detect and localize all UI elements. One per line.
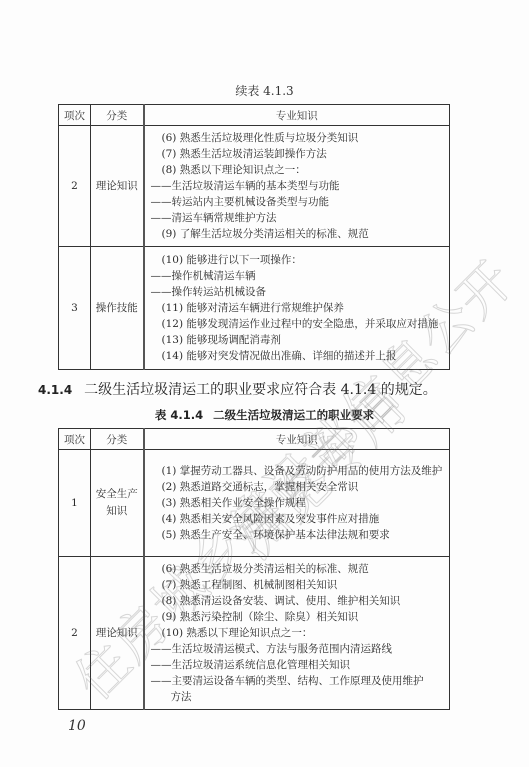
knowledge-line: (8) 熟悉以下理论知识点之一： [145,162,444,178]
table-caption: 表 4.1.4二级生活垃圾清运工的职业要求 [0,407,529,423]
knowledge-sub-line: ——转运站内主要机械设备类型与功能 [145,194,444,210]
knowledge-line: (2) 熟悉道路交通标志，掌握相关安全常识 [145,479,444,495]
table-caption-continued: 续表 4.1.3 [0,82,529,99]
row-index: 2 [59,557,91,710]
knowledge-sub-line: ——清运车辆常规维护方法 [145,210,444,226]
table-caption-title: 二级生活垃圾清运工的职业要求 [213,408,374,422]
row-knowledge: (6) 熟悉生活垃圾分类清运相关的标准、规范 (7) 熟悉工程制图、机械制图相关… [144,557,450,710]
knowledge-line: (7) 熟悉工程制图、机械制图相关知识 [145,577,444,593]
clause-4-1-4: 4.1.4二级生活垃圾清运工的职业要求应符合表 4.1.4 的规定。 [38,379,437,399]
row-index: 1 [59,450,91,557]
knowledge-line: (1) 掌握劳动工器具、设备及劳动防护用品的使用方法及维护 [145,463,444,479]
knowledge-sub-line-continued: 方法 [145,689,444,705]
knowledge-line: (10) 能够进行以下一项操作： [145,252,444,268]
page-number: 10 [68,718,86,734]
knowledge-line: (4) 熟悉相关安全风险因素及突发事件应对措施 [145,511,444,527]
knowledge-sub-line: ——操作转运站机械设备 [145,284,444,300]
row-knowledge: (6) 熟悉生活垃圾理化性质与垃圾分类知识 (7) 熟悉生活垃圾清运装卸操作方法… [144,126,450,247]
row-category-line: 知识 [91,503,143,520]
knowledge-sub-line: ——生活垃圾清运车辆的基本类型与功能 [145,178,444,194]
table-4-1-4: 项次 分类 专业知识 1 安全生产 知识 (1) 掌握劳动工器具、设备及劳动防护… [58,428,450,710]
knowledge-line: (3) 熟悉相关作业安全操作规程 [145,495,444,511]
row-category: 安全生产 知识 [91,450,144,557]
row-index: 3 [59,247,91,370]
header-index: 项次 [59,105,91,126]
knowledge-line: (9) 熟悉污染控制（除尘、除臭）相关知识 [145,609,444,625]
table-row: 1 安全生产 知识 (1) 掌握劳动工器具、设备及劳动防护用品的使用方法及维护 … [59,450,450,557]
knowledge-line: (6) 熟悉生活垃圾理化性质与垃圾分类知识 [145,130,444,146]
table-header-row: 项次 分类 专业知识 [59,105,450,126]
clause-text: 二级生活垃圾清运工的职业要求应符合表 4.1.4 的规定。 [84,382,437,398]
knowledge-line: (12) 能够发现清运作业过程中的安全隐患，并采取应对措施 [145,316,444,332]
table-row: 2 理论知识 (6) 熟悉生活垃圾分类清运相关的标准、规范 (7) 熟悉工程制图… [59,557,450,710]
knowledge-line: (6) 熟悉生活垃圾分类清运相关的标准、规范 [145,561,444,577]
knowledge-line: (8) 熟悉清运设备安装、调试、使用、维护相关知识 [145,593,444,609]
row-category: 理论知识 [91,557,144,710]
knowledge-line: (14) 能够对突发情况做出准确、详细的描述并上报 [145,348,444,364]
header-knowledge: 专业知识 [144,429,450,450]
row-knowledge: (1) 掌握劳动工器具、设备及劳动防护用品的使用方法及维护 (2) 熟悉道路交通… [144,450,450,557]
knowledge-sub-line: ——主要清运设备车辆的类型、结构、工作原理及使用维护 [145,673,444,689]
knowledge-line: (7) 熟悉生活垃圾清运装卸操作方法 [145,146,444,162]
knowledge-sub-line: ——生活垃圾清运模式、方法与服务范围内清运路线 [145,641,444,657]
table-header-row: 项次 分类 专业知识 [59,429,450,450]
knowledge-sub-line: ——生活垃圾清运系统信息化管理相关知识 [145,657,444,673]
row-category-line: 安全生产 [91,486,143,503]
knowledge-line: (10) 熟悉以下理论知识点之一： [145,625,444,641]
knowledge-sub-line: ——操作机械清运车辆 [145,268,444,284]
header-index: 项次 [59,429,91,450]
header-category: 分类 [91,429,144,450]
table-caption-number: 表 4.1.4 [155,408,203,422]
knowledge-line: (13) 能够现场调配消毒剂 [145,332,444,348]
row-category: 操作技能 [91,247,144,370]
table-4-1-3-continued: 项次 分类 专业知识 2 理论知识 (6) 熟悉生活垃圾理化性质与垃圾分类知识 … [58,104,450,370]
knowledge-line: (11) 能够对清运车辆进行常规维护保养 [145,300,444,316]
clause-number: 4.1.4 [38,383,72,397]
table-row: 2 理论知识 (6) 熟悉生活垃圾理化性质与垃圾分类知识 (7) 熟悉生活垃圾清… [59,126,450,247]
row-knowledge: (10) 能够进行以下一项操作： ——操作机械清运车辆 ——操作转运站机械设备 … [144,247,450,370]
knowledge-line: (9) 了解生活垃圾分类清运相关的标准、规范 [145,226,444,242]
table-row: 3 操作技能 (10) 能够进行以下一项操作： ——操作机械清运车辆 ——操作转… [59,247,450,370]
row-category: 理论知识 [91,126,144,247]
header-knowledge: 专业知识 [144,105,450,126]
knowledge-line: (5) 熟悉生产安全、环境保护基本法律法规和要求 [145,527,444,543]
document-page: 续表 4.1.3 项次 分类 专业知识 2 理论知识 (6) 熟悉生活垃圾理化性… [0,0,529,767]
header-category: 分类 [91,105,144,126]
row-index: 2 [59,126,91,247]
